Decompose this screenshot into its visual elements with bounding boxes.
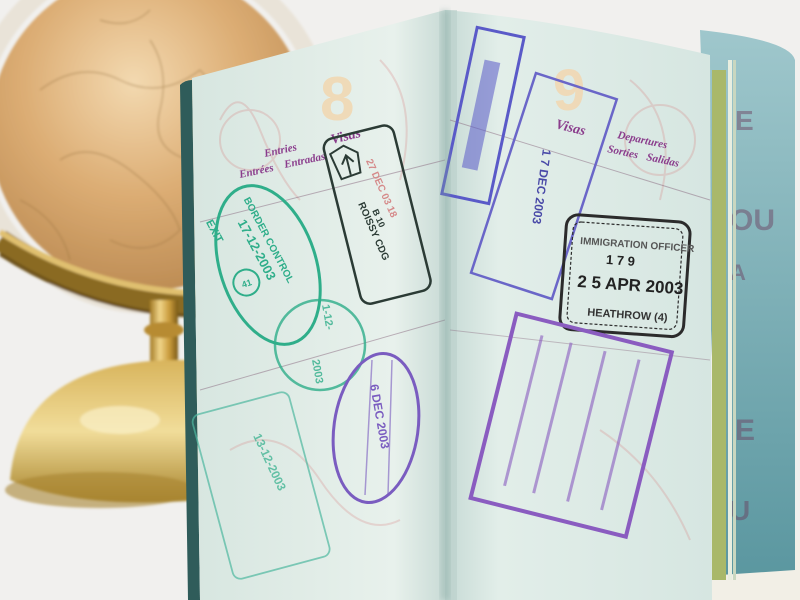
page-number-right: 9 [553,58,585,123]
page-number: 8 [320,65,354,134]
passport-right-page: 9 Visas Departures Sorties Salidas 1 7 D… [442,10,712,600]
svg-text:E: E [735,414,755,447]
passport-left-page: 8 Entries Entrées Entradas Visas 41 EXIT… [180,10,445,600]
svg-text:A: A [730,260,746,285]
passport-cover: E OU A E U [700,30,795,580]
svg-text:E: E [735,105,754,136]
svg-text:OU: OU [730,204,775,237]
svg-text:1 7 9: 1 7 9 [606,252,636,269]
passport-globe-photo: LAKKAL BIL KAMMBH E OU A E U 8 [0,0,800,600]
